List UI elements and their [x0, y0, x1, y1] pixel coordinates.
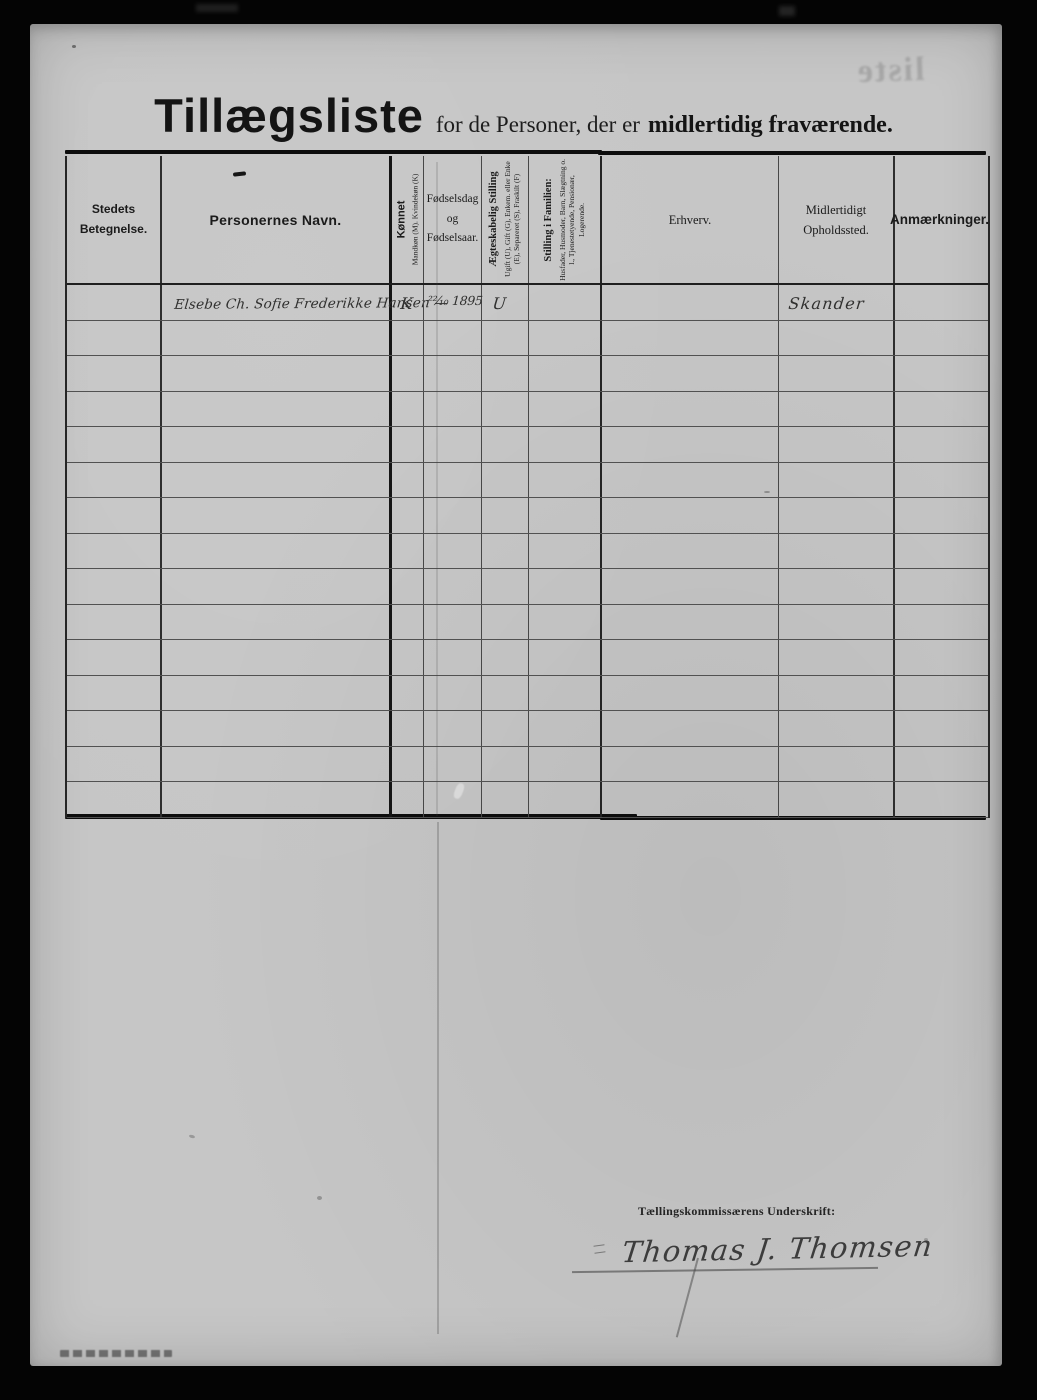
table-cell [529, 356, 602, 391]
table-cell [602, 356, 779, 391]
table-row [67, 676, 988, 712]
table-cell [424, 321, 482, 356]
title-subtitle: for de Personer, der er [436, 112, 640, 137]
table-cell [162, 392, 392, 427]
dust-speck [764, 491, 770, 493]
aegteskabelig-label: Ægteskabelig Stilling [488, 160, 501, 280]
table-cell [529, 427, 602, 462]
table-cell [162, 498, 392, 533]
table-cell [529, 747, 602, 782]
handwritten-marital-status: U [481, 285, 508, 313]
table-cell [424, 605, 482, 640]
paper-crease [437, 822, 439, 1334]
cell-koennet: K [392, 285, 424, 320]
table-cell [482, 463, 529, 498]
table-cell [482, 321, 529, 356]
table-cell [392, 534, 424, 569]
table-cell [602, 569, 779, 604]
table-cell [424, 640, 482, 675]
cell-personernes-navn: Elsebe Ch. Sofie Frederikke Hansen — [162, 285, 392, 320]
table-row [67, 711, 988, 747]
dust-speck [317, 1196, 322, 1200]
scanned-census-page: { "colors": { "background": "#040404", "… [0, 0, 1037, 1400]
table-cell [424, 427, 482, 462]
table-cell [392, 676, 424, 711]
table-cell [424, 498, 482, 533]
table-cell [67, 392, 162, 427]
cell-stedets-betegnelse [67, 285, 162, 320]
table-cell [392, 463, 424, 498]
table-cell [67, 747, 162, 782]
rotated-header-aegteskabelig: Ægteskabelig Stilling Ugift (U), Gift (G… [488, 160, 522, 280]
table-cell [482, 782, 529, 817]
table-cell [779, 534, 895, 569]
table-cell [779, 569, 895, 604]
col-header-koennet: Kønnet Mandkøn (M). Kvindekøn (K) [392, 156, 424, 283]
table-cell [482, 427, 529, 462]
cell-anmaerkninger [895, 285, 984, 320]
table-cell [895, 569, 984, 604]
table-row [67, 392, 988, 428]
paper-crease [436, 162, 438, 816]
table-cell [779, 605, 895, 640]
table-cell [482, 534, 529, 569]
table-row [67, 640, 988, 676]
table-cell [895, 498, 984, 533]
table-cell [529, 782, 602, 817]
table-cell [392, 640, 424, 675]
table-cell [529, 676, 602, 711]
col-header-anmaerkninger: Anmærkninger. [895, 156, 984, 283]
table-cell [529, 321, 602, 356]
table-cell [162, 321, 392, 356]
table-cell [482, 640, 529, 675]
table-cell [779, 640, 895, 675]
table-row [67, 321, 988, 357]
table-cell [67, 321, 162, 356]
table-cell [895, 605, 984, 640]
top-rule-left [65, 150, 602, 154]
table-cell [392, 711, 424, 746]
table-cell [895, 640, 984, 675]
table-cell [482, 392, 529, 427]
table-cell [779, 676, 895, 711]
table-cell [67, 463, 162, 498]
table-cell [67, 569, 162, 604]
table-cell [424, 356, 482, 391]
table-cell [162, 427, 392, 462]
table-cell [482, 605, 529, 640]
table-cell [482, 711, 529, 746]
title-main: Tillægsliste [154, 89, 424, 142]
handwritten-sex: K [391, 285, 415, 313]
table-cell [162, 356, 392, 391]
table-cell [602, 711, 779, 746]
table-cell [529, 498, 602, 533]
table-cell [602, 605, 779, 640]
cell-stilling [529, 285, 602, 320]
scan-smudge [196, 4, 238, 12]
table-cell [392, 427, 424, 462]
table-cell [67, 427, 162, 462]
table-cell [895, 534, 984, 569]
table-header-row: Stedets Betegnelse. Personernes Navn. Kø… [67, 156, 988, 285]
table-row [67, 747, 988, 783]
table-cell [529, 392, 602, 427]
col-header-personernes-navn: Personernes Navn. [162, 156, 392, 283]
aegteskabelig-sublabel: Ugift (U), Gift (G), Enkem. eller Enke (… [503, 160, 523, 280]
rotated-header-stilling: Stilling i Familien: Husfader, Husmoder,… [543, 159, 587, 281]
cell-aegteskabelig: U [482, 285, 529, 320]
table-cell [482, 569, 529, 604]
table-cell [529, 711, 602, 746]
table-cell [67, 640, 162, 675]
table-cell [779, 392, 895, 427]
table-cell [424, 569, 482, 604]
table-cell [529, 605, 602, 640]
table-cell [529, 640, 602, 675]
table-cell [895, 747, 984, 782]
table-cell [482, 356, 529, 391]
table-cell [895, 427, 984, 462]
table-cell [602, 640, 779, 675]
table-cell [162, 747, 392, 782]
rotated-header-koennet: Kønnet Mandkøn (M). Kvindekøn (K) [395, 161, 420, 279]
table-cell [779, 747, 895, 782]
page-title: Tillægslistefor de Personer, der ermidle… [65, 88, 982, 143]
table-cell [529, 463, 602, 498]
table-cell [392, 356, 424, 391]
table-row [67, 605, 988, 641]
table-cell [895, 356, 984, 391]
table-cell [602, 534, 779, 569]
table-cell [482, 498, 529, 533]
signature-label: Tællingskommissærens Underskrift: [638, 1204, 835, 1219]
table-cell [162, 605, 392, 640]
koennet-sublabel: Mandkøn (M). Kvindekøn (K) [410, 161, 420, 279]
table-cell [424, 392, 482, 427]
table-cell [529, 534, 602, 569]
title-subtitle-bold: midlertidig fraværende. [648, 112, 893, 138]
table-cell [424, 676, 482, 711]
table-row [67, 569, 988, 605]
table-cell [424, 534, 482, 569]
handwritten-signature: Thomas J. Thomsen [620, 1229, 935, 1270]
scan-smudge [779, 6, 795, 16]
table-cell [895, 676, 984, 711]
stray-pen-mark [593, 1244, 605, 1253]
col-header-midlertidigt-opholdssted: Midlertidigt Opholdssted. [779, 156, 895, 283]
table-cell [895, 392, 984, 427]
table-cell [602, 782, 779, 817]
census-table: Stedets Betegnelse. Personernes Navn. Kø… [65, 156, 990, 818]
col-header-stedets-betegnelse: Stedets Betegnelse. [67, 156, 162, 283]
table-cell [779, 711, 895, 746]
table-cell [67, 498, 162, 533]
table-cell [895, 463, 984, 498]
table-cell [602, 676, 779, 711]
table-cell [482, 676, 529, 711]
col-header-stilling-i-familien: Stilling i Familien: Husfader, Husmoder,… [529, 156, 602, 283]
table-cell [162, 640, 392, 675]
table-cell [424, 782, 482, 817]
table-cell [424, 711, 482, 746]
table-cell [779, 498, 895, 533]
table-cell [67, 782, 162, 817]
table-cell [392, 569, 424, 604]
table-cell [162, 782, 392, 817]
table-cell [67, 356, 162, 391]
cell-foedselsdag: ²²⁄₁₀ 1895 [424, 285, 482, 320]
table-cell [602, 392, 779, 427]
koennet-label: Kønnet [395, 161, 408, 279]
printer-mark [60, 1350, 172, 1357]
table-cell [392, 605, 424, 640]
table-cell [162, 676, 392, 711]
dust-speck [72, 45, 76, 48]
handwritten-birthdate: ²²⁄₁₀ 1895 [423, 285, 484, 308]
table-cell [602, 747, 779, 782]
table-cell [67, 534, 162, 569]
stilling-sublabel: Husfader, Husmoder, Barn, Slægtning o. l… [557, 159, 586, 281]
table-cell [392, 782, 424, 817]
table-cell [162, 463, 392, 498]
table-cell [779, 463, 895, 498]
col-header-personernes-navn-label: Personernes Navn. [210, 212, 342, 228]
table-cell [895, 782, 984, 817]
table-cell [67, 676, 162, 711]
table-cell [602, 321, 779, 356]
table-cell [895, 711, 984, 746]
table-cell [602, 463, 779, 498]
col-header-foedselsdag: Fødselsdag og Fødselsaar. [424, 156, 482, 283]
table-cell [162, 534, 392, 569]
cell-opholdssted: Skander [779, 285, 895, 320]
table-row [67, 498, 988, 534]
table-cell [779, 427, 895, 462]
table-row-entry: Elsebe Ch. Sofie Frederikke Hansen — K ²… [67, 285, 988, 321]
table-cell [67, 605, 162, 640]
bleedthrough-text: liste [855, 51, 925, 91]
table-cell [779, 321, 895, 356]
top-rule-right [598, 151, 986, 155]
table-cell [392, 392, 424, 427]
table-cell [602, 427, 779, 462]
table-row [67, 356, 988, 392]
stilling-label: Stilling i Familien: [543, 159, 556, 281]
table-cell [602, 498, 779, 533]
table-cell [67, 711, 162, 746]
table-cell [392, 498, 424, 533]
table-cell [424, 747, 482, 782]
table-cell [424, 463, 482, 498]
table-cell [779, 782, 895, 817]
table-cell [895, 321, 984, 356]
table-cell [529, 569, 602, 604]
table-cell [482, 747, 529, 782]
table-cell [779, 356, 895, 391]
col-header-aegteskabelig-stilling: Ægteskabelig Stilling Ugift (U), Gift (G… [482, 156, 529, 283]
table-row [67, 427, 988, 463]
table-body: Elsebe Ch. Sofie Frederikke Hansen — K ²… [67, 285, 988, 818]
table-cell [162, 569, 392, 604]
table-cell [392, 747, 424, 782]
table-row [67, 782, 988, 818]
handwritten-temporary-residence: Skander [778, 285, 867, 313]
table-row [67, 463, 988, 499]
table-row [67, 534, 988, 570]
col-header-erhverv: Erhverv. [602, 156, 779, 283]
cell-erhverv [602, 285, 779, 320]
table-cell [392, 321, 424, 356]
table-cell [162, 711, 392, 746]
